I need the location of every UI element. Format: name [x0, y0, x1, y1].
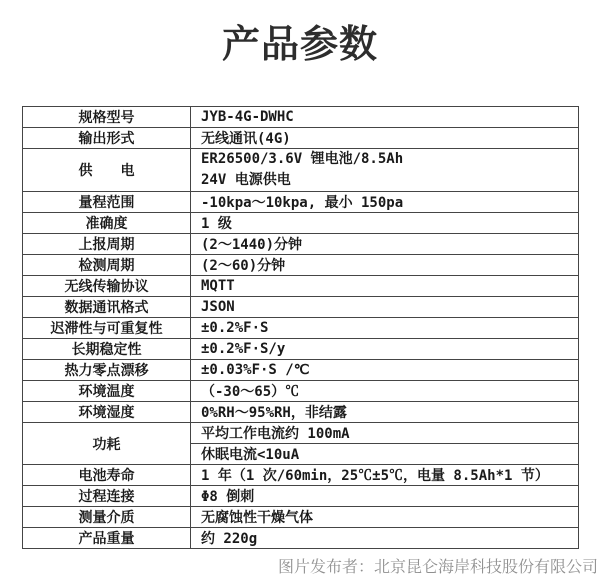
table-row: 电池寿命1 年（1 次/60min，25℃±5℃，电量 8.5Ah*1 节）: [23, 465, 579, 486]
spec-value-cell: 平均工作电流约 100mA: [191, 423, 579, 444]
spec-label-cell: 过程连接: [23, 486, 191, 507]
spec-label-cell: 准确度: [23, 213, 191, 234]
spec-value-cell: 无线通讯(4G): [191, 128, 579, 149]
spec-value-cell: JSON: [191, 297, 579, 318]
spec-label-cell: 长期稳定性: [23, 339, 191, 360]
spec-value-cell: 约 220g: [191, 528, 579, 549]
table-row: 测量介质无腐蚀性干燥气体: [23, 507, 579, 528]
spec-value-cell: Φ8 倒刺: [191, 486, 579, 507]
table-row: 规格型号JYB-4G-DWHC: [23, 107, 579, 128]
table-row: 功耗平均工作电流约 100mA: [23, 423, 579, 444]
spec-label-cell: 数据通讯格式: [23, 297, 191, 318]
spec-label-cell: 量程范围: [23, 192, 191, 213]
table-row: 环境湿度0%RH～95%RH，非结露: [23, 402, 579, 423]
spec-value-cell: 无腐蚀性干燥气体: [191, 507, 579, 528]
footer-publisher: 图片发布者：北京昆仑海岸科技股份有限公司: [278, 559, 598, 577]
spec-value-line: 24V 电源供电: [201, 170, 578, 191]
table-row: 热力零点漂移±0.03%F·S /℃: [23, 360, 579, 381]
spec-label-cell: 环境湿度: [23, 402, 191, 423]
spec-value-cell: (2～60)分钟: [191, 255, 579, 276]
spec-label-cell: 上报周期: [23, 234, 191, 255]
spec-table: 规格型号JYB-4G-DWHC输出形式无线通讯(4G)供 电ER26500/3.…: [22, 106, 579, 549]
spec-value-cell: 0%RH～95%RH，非结露: [191, 402, 579, 423]
spec-value-cell: 1 级: [191, 213, 579, 234]
spec-label-cell: 规格型号: [23, 107, 191, 128]
spec-value-cell: JYB-4G-DWHC: [191, 107, 579, 128]
spec-value-cell: ±0.2%F·S/y: [191, 339, 579, 360]
table-row: 检测周期(2～60)分钟: [23, 255, 579, 276]
spec-label-cell: 功耗: [23, 423, 191, 465]
spec-value-cell: ±0.03%F·S /℃: [191, 360, 579, 381]
spec-label-cell: 测量介质: [23, 507, 191, 528]
spec-value-cell: ER26500/3.6V 锂电池/8.5Ah24V 电源供电: [191, 149, 579, 192]
table-row: 无线传输协议MQTT: [23, 276, 579, 297]
spec-value-cell: （-30～65）℃: [191, 381, 579, 402]
spec-label-cell: 输出形式: [23, 128, 191, 149]
table-row: 量程范围-10kpa～10kpa, 最小 150pa: [23, 192, 579, 213]
spec-label-cell: 环境温度: [23, 381, 191, 402]
spec-table-body: 规格型号JYB-4G-DWHC输出形式无线通讯(4G)供 电ER26500/3.…: [23, 107, 579, 549]
table-row: 产品重量约 220g: [23, 528, 579, 549]
spec-value-line: ER26500/3.6V 锂电池/8.5Ah: [201, 149, 578, 170]
table-row: 输出形式无线通讯(4G): [23, 128, 579, 149]
table-row: 供 电ER26500/3.6V 锂电池/8.5Ah24V 电源供电: [23, 149, 579, 192]
table-row: 迟滞性与可重复性±0.2%F·S: [23, 318, 579, 339]
spec-label-cell: 迟滞性与可重复性: [23, 318, 191, 339]
table-row: 准确度1 级: [23, 213, 579, 234]
spec-value-cell: 休眠电流<10uA: [191, 444, 579, 465]
spec-label-cell: 产品重量: [23, 528, 191, 549]
table-row: 环境温度（-30～65）℃: [23, 381, 579, 402]
table-row: 过程连接Φ8 倒刺: [23, 486, 579, 507]
spec-label-cell: 无线传输协议: [23, 276, 191, 297]
table-row: 数据通讯格式JSON: [23, 297, 579, 318]
spec-label-cell: 检测周期: [23, 255, 191, 276]
spec-value-cell: 1 年（1 次/60min，25℃±5℃，电量 8.5Ah*1 节）: [191, 465, 579, 486]
table-row: 长期稳定性±0.2%F·S/y: [23, 339, 579, 360]
table-row: 上报周期(2～1440)分钟: [23, 234, 579, 255]
spec-label-cell: 电池寿命: [23, 465, 191, 486]
spec-value-cell: (2～1440)分钟: [191, 234, 579, 255]
spec-label-cell: 热力零点漂移: [23, 360, 191, 381]
spec-value-cell: -10kpa～10kpa, 最小 150pa: [191, 192, 579, 213]
spec-value-cell: MQTT: [191, 276, 579, 297]
page-title: 产品参数: [0, 26, 600, 66]
spec-value-cell: ±0.2%F·S: [191, 318, 579, 339]
spec-label-cell: 供 电: [23, 149, 191, 192]
